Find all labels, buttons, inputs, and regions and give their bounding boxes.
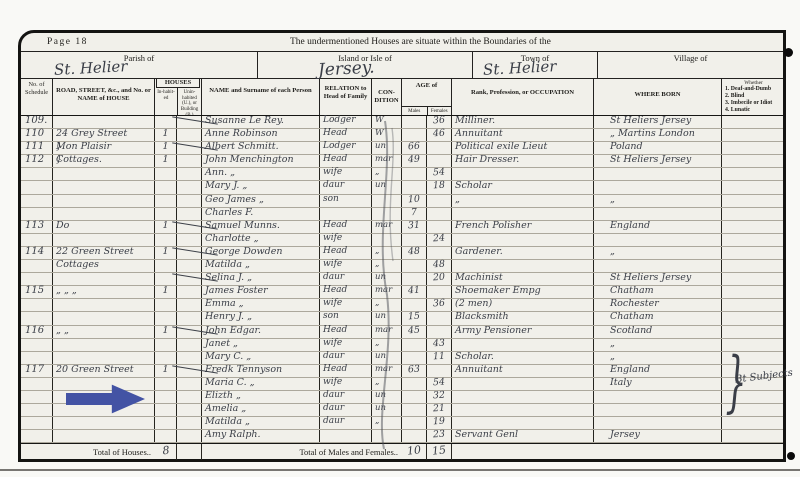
- disability-cell: [722, 221, 783, 233]
- name-cell: Amy Ralph.: [202, 430, 320, 442]
- road-cell: [53, 116, 155, 128]
- name-cell: Charles F.: [202, 208, 320, 220]
- total-males-females-label: Total of Males and Females..: [202, 444, 402, 460]
- age-column-header: AGE of Males Females: [402, 79, 452, 115]
- age-male-cell: [402, 417, 427, 429]
- where-born-cell: St Heliers Jersey: [594, 155, 722, 167]
- occupation-cell: French Polisher: [452, 221, 594, 233]
- relation-cell: wife: [320, 339, 372, 351]
- age-female-cell: 32: [427, 391, 452, 403]
- age-female-cell: 24: [427, 234, 452, 246]
- relation-cell: daur: [320, 352, 372, 364]
- road-cell: 22 Green Street: [53, 247, 155, 259]
- relation-cell: Head: [320, 129, 372, 141]
- schedule-cell: [21, 404, 53, 416]
- relation-cell: Head: [320, 155, 372, 167]
- where-born-cell: [594, 208, 722, 220]
- road-cell: [53, 195, 155, 207]
- age-female-cell: [427, 326, 452, 338]
- total-females-value: 15: [427, 444, 452, 460]
- road-cell: [53, 234, 155, 246]
- age-male-cell: [402, 273, 427, 285]
- relation-cell: [320, 208, 372, 220]
- age-male-cell: [402, 181, 427, 193]
- occupation-cell: [452, 234, 594, 246]
- schedule-cell: 115: [21, 286, 53, 298]
- age-female-cell: 46: [427, 129, 452, 141]
- schedule-cell: [21, 339, 53, 351]
- occupation-cell: Shoemaker Empg: [452, 286, 594, 298]
- census-row: Henry J. „sonun15BlacksmithChatham: [21, 312, 783, 325]
- age-male-cell: [402, 391, 427, 403]
- relation-cell: wife: [320, 260, 372, 272]
- where-born-cell: [594, 417, 722, 429]
- age-female-cell: 19: [427, 417, 452, 429]
- name-cell: James Foster: [202, 286, 320, 298]
- schedule-cell: 114: [21, 247, 53, 259]
- houses-uninhabited-cell: [177, 155, 202, 167]
- condition-cell: [372, 430, 402, 442]
- inhabited-subheader: In-habit-ed: [155, 88, 177, 115]
- binder-hole-bottom: [787, 452, 795, 460]
- age-male-cell: [402, 234, 427, 246]
- total-houses-label: Total of Houses..: [21, 444, 155, 460]
- uninhabited-subheader: Unin-habited (U.), or Building (B.): [177, 88, 201, 115]
- relation-cell: daur: [320, 391, 372, 403]
- occupation-cell: Political exile Lieut: [452, 142, 594, 154]
- disability-cell: [722, 129, 783, 141]
- houses-inhabited-cell: [155, 404, 177, 416]
- houses-title: HOUSES: [156, 79, 200, 88]
- village-cell: Village of: [598, 52, 783, 78]
- houses-inhabited-cell: [155, 260, 177, 272]
- occupation-cell: [452, 168, 594, 180]
- houses-uninhabited-cell: [177, 312, 202, 324]
- name-cell: Charlotte „: [202, 234, 320, 246]
- condition-cell: W: [372, 129, 402, 141]
- census-page: Page 18 The undermentioned Houses are si…: [18, 30, 786, 462]
- schedule-cell: [21, 273, 53, 285]
- disability-cell: [722, 260, 783, 272]
- census-row: Selina J. „daurun20MachinistSt Heliers J…: [21, 273, 783, 286]
- where-born-cell: Scotland: [594, 326, 722, 338]
- disability-cell: [722, 247, 783, 259]
- age-female-cell: [427, 142, 452, 154]
- disability-cell: [722, 155, 783, 167]
- condition-cell: un: [372, 181, 402, 193]
- disability-line-1: 1. Deaf-and-Dumb: [725, 86, 782, 93]
- houses-inhabited-cell: [155, 417, 177, 429]
- age-male-cell: [402, 299, 427, 311]
- where-born-cell: [594, 404, 722, 416]
- occupation-cell: [452, 404, 594, 416]
- road-cell: [53, 430, 155, 442]
- census-row: 112Cottages.}1John MenchingtonHeadmar49H…: [21, 155, 783, 168]
- condition-cell: [372, 195, 402, 207]
- occupation-cell: Gardener.: [452, 247, 594, 259]
- condition-cell: „: [372, 339, 402, 351]
- name-cell: Emma „: [202, 299, 320, 311]
- address-brace: }: [56, 141, 158, 152]
- occupation-column-header: Rank, Profession, or OCCUPATION: [452, 79, 594, 115]
- road-column-header: ROAD, STREET, &c., and No. or NAME of HO…: [53, 79, 155, 115]
- where-born-cell: [594, 260, 722, 272]
- age-female-cell: 43: [427, 339, 452, 351]
- houses-uninhabited-cell: [177, 378, 202, 390]
- name-column-header: NAME and Surname of each Person: [202, 79, 320, 115]
- schedule-cell: [21, 208, 53, 220]
- age-female-cell: 11: [427, 352, 452, 364]
- condition-cell: „: [372, 299, 402, 311]
- address-brace: }: [56, 154, 158, 165]
- disability-line-4: 4. Lunatic: [725, 107, 782, 114]
- village-label: Village of: [598, 52, 783, 63]
- road-cell: „ „: [53, 326, 155, 338]
- road-cell: [53, 208, 155, 220]
- schedule-cell: [21, 391, 53, 403]
- condition-cell: un: [372, 352, 402, 364]
- name-cell: Matilda „: [202, 260, 320, 272]
- road-cell: 20 Green Street: [53, 365, 155, 377]
- schedule-cell: [21, 181, 53, 193]
- houses-inhabited-cell: 1: [155, 129, 177, 141]
- condition-cell: „: [372, 260, 402, 272]
- census-body: 109.Susanne Le Rey.LodgerW36Milliner.St …: [21, 116, 783, 443]
- where-born-cell: Italy: [594, 378, 722, 390]
- houses-inhabited-cell: [155, 378, 177, 390]
- road-cell: [53, 181, 155, 193]
- census-row: Mary J. „daurun18Scholar: [21, 181, 783, 194]
- condition-cell: [372, 234, 402, 246]
- where-born-column-header: WHERE BORN: [594, 79, 722, 115]
- disability-cell: [722, 299, 783, 311]
- relation-cell: Head: [320, 326, 372, 338]
- houses-uninhabited-cell: [177, 234, 202, 246]
- occupation-cell: „: [452, 195, 594, 207]
- where-born-cell: England: [594, 365, 722, 377]
- houses-uninhabited-cell: [177, 168, 202, 180]
- name-cell: Susanne Le Rey.: [202, 116, 320, 128]
- occupation-cell: Annuitant: [452, 365, 594, 377]
- road-cell: [53, 273, 155, 285]
- census-row: Matilda „daur„19: [21, 417, 783, 430]
- relation-cell: Head: [320, 286, 372, 298]
- where-born-cell: Rochester: [594, 299, 722, 311]
- disability-cell: [722, 234, 783, 246]
- houses-uninhabited-cell: [177, 260, 202, 272]
- age-female-cell: 36: [427, 116, 452, 128]
- condition-cell: „: [372, 247, 402, 259]
- age-males-subheader: Males: [402, 107, 427, 115]
- age-male-cell: 48: [402, 247, 427, 259]
- houses-inhabited-cell: 1: [155, 155, 177, 167]
- age-male-cell: [402, 129, 427, 141]
- condition-cell: „: [372, 378, 402, 390]
- census-row: 115„ „ „1James FosterHeadmar41Shoemaker …: [21, 286, 783, 299]
- census-row: Amelia „daurun21: [21, 404, 783, 417]
- occupation-cell: [452, 208, 594, 220]
- houses-uninhabited-cell: [177, 129, 202, 141]
- census-row: Maria C. „wife„54Italy: [21, 378, 783, 391]
- where-born-cell: Poland: [594, 142, 722, 154]
- age-female-cell: 36: [427, 299, 452, 311]
- totals-disability-blank: [722, 444, 783, 460]
- age-male-cell: [402, 260, 427, 272]
- schedule-column-header: No. of Schedule: [21, 79, 53, 115]
- form-title: The undermentioned Houses are situate wi…: [88, 37, 783, 47]
- disability-cell: [722, 273, 783, 285]
- scan-edge-line: [0, 469, 800, 471]
- occupation-cell: Servant Genl: [452, 430, 594, 442]
- schedule-cell: [21, 195, 53, 207]
- age-male-cell: 49: [402, 155, 427, 167]
- name-cell: Albert Schmitt.: [202, 142, 320, 154]
- houses-inhabited-cell: [155, 273, 177, 285]
- age-female-cell: [427, 312, 452, 324]
- schedule-cell: [21, 352, 53, 364]
- name-cell: Geo James „: [202, 195, 320, 207]
- relation-cell: wife: [320, 234, 372, 246]
- relation-cell: wife: [320, 299, 372, 311]
- houses-uninhabited-cell: [177, 417, 202, 429]
- age-male-cell: [402, 168, 427, 180]
- houses-inhabited-cell: [155, 234, 177, 246]
- schedule-cell: 117: [21, 365, 53, 377]
- schedule-cell: [21, 378, 53, 390]
- name-cell: Amelia „: [202, 404, 320, 416]
- road-cell: [53, 168, 155, 180]
- houses-uninhabited-cell: [177, 299, 202, 311]
- age-male-cell: 41: [402, 286, 427, 298]
- disability-cell: [722, 326, 783, 338]
- houses-inhabited-cell: [155, 181, 177, 193]
- age-female-cell: 23: [427, 430, 452, 442]
- disability-cell: [722, 116, 783, 128]
- where-born-cell: St Heliers Jersey: [594, 273, 722, 285]
- condition-cell: mar: [372, 221, 402, 233]
- schedule-cell: 112: [21, 155, 53, 167]
- road-cell: Cottages.}: [53, 155, 155, 167]
- binder-hole-top: [784, 48, 793, 57]
- where-born-cell: St Heliers Jersey: [594, 116, 722, 128]
- road-cell: Do: [53, 221, 155, 233]
- name-cell: John Edgar.: [202, 326, 320, 338]
- age-female-cell: [427, 247, 452, 259]
- name-cell: Selina J. „: [202, 273, 320, 285]
- parish-cell: Parish of St. Helier: [21, 52, 258, 78]
- relation-cell: Head: [320, 247, 372, 259]
- name-cell: Matilda „: [202, 417, 320, 429]
- schedule-cell: 109.: [21, 116, 53, 128]
- name-cell: Mary C. „: [202, 352, 320, 364]
- where-born-cell: „: [594, 339, 722, 351]
- totals-row: Total of Houses.. 8 Total of Males and F…: [21, 443, 783, 460]
- road-cell: [53, 404, 155, 416]
- disability-cell: [722, 312, 783, 324]
- occupation-cell: Scholar: [452, 181, 594, 193]
- road-cell: [53, 299, 155, 311]
- town-cell: Town of St. Helier: [473, 52, 598, 78]
- age-male-cell: [402, 404, 427, 416]
- relation-cell: son: [320, 195, 372, 207]
- relation-cell: wife: [320, 168, 372, 180]
- houses-uninhabited-cell: [177, 208, 202, 220]
- parish-value: St. Helier: [54, 57, 128, 79]
- houses-inhabited-cell: 1: [155, 286, 177, 298]
- total-males-value: 10: [402, 444, 427, 460]
- road-cell: 24 Grey Street: [53, 129, 155, 141]
- condition-cell: „: [372, 417, 402, 429]
- census-row: 116„ „1John Edgar.Headmar45Army Pensione…: [21, 326, 783, 339]
- houses-inhabited-cell: [155, 430, 177, 442]
- houses-inhabited-cell: [155, 312, 177, 324]
- schedule-cell: [21, 312, 53, 324]
- age-male-cell: [402, 352, 427, 364]
- name-cell: Samuel Munns.: [202, 221, 320, 233]
- name-cell: Maria C. „: [202, 378, 320, 390]
- occupation-cell: [452, 417, 594, 429]
- schedule-cell: [21, 168, 53, 180]
- age-female-cell: 54: [427, 168, 452, 180]
- occupation-cell: Army Pensioner: [452, 326, 594, 338]
- schedule-cell: [21, 260, 53, 272]
- town-value: St. Helier: [482, 57, 556, 79]
- schedule-cell: [21, 234, 53, 246]
- age-female-cell: [427, 155, 452, 167]
- relation-cell: Lodger: [320, 142, 372, 154]
- houses-uninhabited-cell: [177, 352, 202, 364]
- age-female-cell: 18: [427, 181, 452, 193]
- where-born-cell: Chatham: [594, 286, 722, 298]
- island-value: Jersey.: [317, 58, 375, 81]
- condition-cell: un: [372, 273, 402, 285]
- schedule-cell: 116: [21, 326, 53, 338]
- houses-inhabited-cell: [155, 208, 177, 220]
- age-female-cell: [427, 286, 452, 298]
- age-female-cell: [427, 208, 452, 220]
- island-cell: Island or Isle of Jersey.: [258, 52, 473, 78]
- houses-column-header: HOUSES In-habit-ed Unin-habited (U.), or…: [155, 79, 202, 115]
- age-female-cell: 20: [427, 273, 452, 285]
- relation-cell: wife: [320, 378, 372, 390]
- disability-cell: [722, 286, 783, 298]
- occupation-cell: [452, 391, 594, 403]
- age-male-cell: 66: [402, 142, 427, 154]
- schedule-cell: [21, 430, 53, 442]
- houses-inhabited-cell: [155, 339, 177, 351]
- age-female-cell: [427, 221, 452, 233]
- condition-cell: mar: [372, 286, 402, 298]
- total-houses-uninhabited: [177, 444, 202, 460]
- age-male-cell: [402, 339, 427, 351]
- houses-inhabited-cell: [155, 195, 177, 207]
- disability-cell: [722, 195, 783, 207]
- census-row: Mary C. „daurun11Scholar.„: [21, 352, 783, 365]
- disability-cell: [722, 430, 783, 442]
- relation-cell: son: [320, 312, 372, 324]
- road-cell: [53, 352, 155, 364]
- census-row: Charlotte „wife24: [21, 234, 783, 247]
- census-row: 11422 Green Street1George DowdenHead„48G…: [21, 247, 783, 260]
- census-row: Charles F.7: [21, 208, 783, 221]
- census-row: Ann. „wife„54: [21, 168, 783, 181]
- disability-column-header: Whether 1. Deaf-and-Dumb 2. Blind 3. Imb…: [722, 79, 783, 115]
- occupation-cell: Blacksmith: [452, 312, 594, 324]
- age-male-cell: [402, 378, 427, 390]
- where-born-cell: [594, 391, 722, 403]
- where-born-cell: „: [594, 195, 722, 207]
- age-title: AGE of: [402, 79, 451, 106]
- houses-inhabited-cell: [155, 168, 177, 180]
- condition-column-header: CON-DITION: [372, 79, 402, 115]
- age-female-cell: 21: [427, 404, 452, 416]
- name-cell: Janet „: [202, 339, 320, 351]
- road-cell: [53, 339, 155, 351]
- condition-cell: W: [372, 116, 402, 128]
- houses-inhabited-cell: [155, 299, 177, 311]
- census-row: Janet „wife„43„: [21, 339, 783, 352]
- road-cell: „ „ „: [53, 286, 155, 298]
- condition-cell: mar: [372, 326, 402, 338]
- age-male-cell: 15: [402, 312, 427, 324]
- relation-cell: daur: [320, 404, 372, 416]
- condition-cell: [372, 208, 402, 220]
- name-cell: Henry J. „: [202, 312, 320, 324]
- where-born-cell: Chatham: [594, 312, 722, 324]
- relation-cell: daur: [320, 417, 372, 429]
- houses-inhabited-cell: [155, 116, 177, 128]
- age-male-cell: 45: [402, 326, 427, 338]
- houses-uninhabited-cell: [177, 339, 202, 351]
- name-cell: George Dowden: [202, 247, 320, 259]
- census-row: Amy Ralph.23Servant GenlJersey: [21, 430, 783, 443]
- houses-uninhabited-cell: [177, 195, 202, 207]
- schedule-cell: [21, 299, 53, 311]
- age-male-cell: 10: [402, 195, 427, 207]
- disability-cell: [722, 168, 783, 180]
- occupation-cell: [452, 378, 594, 390]
- houses-uninhabited-cell: [177, 391, 202, 403]
- age-female-cell: 54: [427, 378, 452, 390]
- condition-cell: un: [372, 312, 402, 324]
- top-bar: Page 18 The undermentioned Houses are si…: [21, 33, 783, 52]
- page-number: Page 18: [47, 37, 88, 47]
- houses-inhabited-cell: [155, 352, 177, 364]
- condition-cell: „: [372, 168, 402, 180]
- where-born-cell: [594, 168, 722, 180]
- where-born-cell: „ Martins London: [594, 129, 722, 141]
- relation-cell: daur: [320, 273, 372, 285]
- disability-line-2: 2. Blind: [725, 93, 782, 100]
- condition-cell: un: [372, 142, 402, 154]
- name-cell: Ann. „: [202, 168, 320, 180]
- schedule-cell: 113: [21, 221, 53, 233]
- age-male-cell: [402, 430, 427, 442]
- occupation-cell: Hair Dresser.: [452, 155, 594, 167]
- houses-uninhabited-cell: [177, 181, 202, 193]
- schedule-cell: 110: [21, 129, 53, 141]
- column-header-row: No. of Schedule ROAD, STREET, &c., and N…: [21, 79, 783, 116]
- disability-cell: [722, 142, 783, 154]
- disability-cell: [722, 208, 783, 220]
- age-male-cell: 7: [402, 208, 427, 220]
- occupation-cell: [452, 260, 594, 272]
- occupation-cell: Machinist: [452, 273, 594, 285]
- occupation-cell: [452, 339, 594, 351]
- occupation-cell: (2 men): [452, 299, 594, 311]
- road-cell: Mon Plaisir}: [53, 142, 155, 154]
- houses-inhabited-cell: 1: [155, 142, 177, 154]
